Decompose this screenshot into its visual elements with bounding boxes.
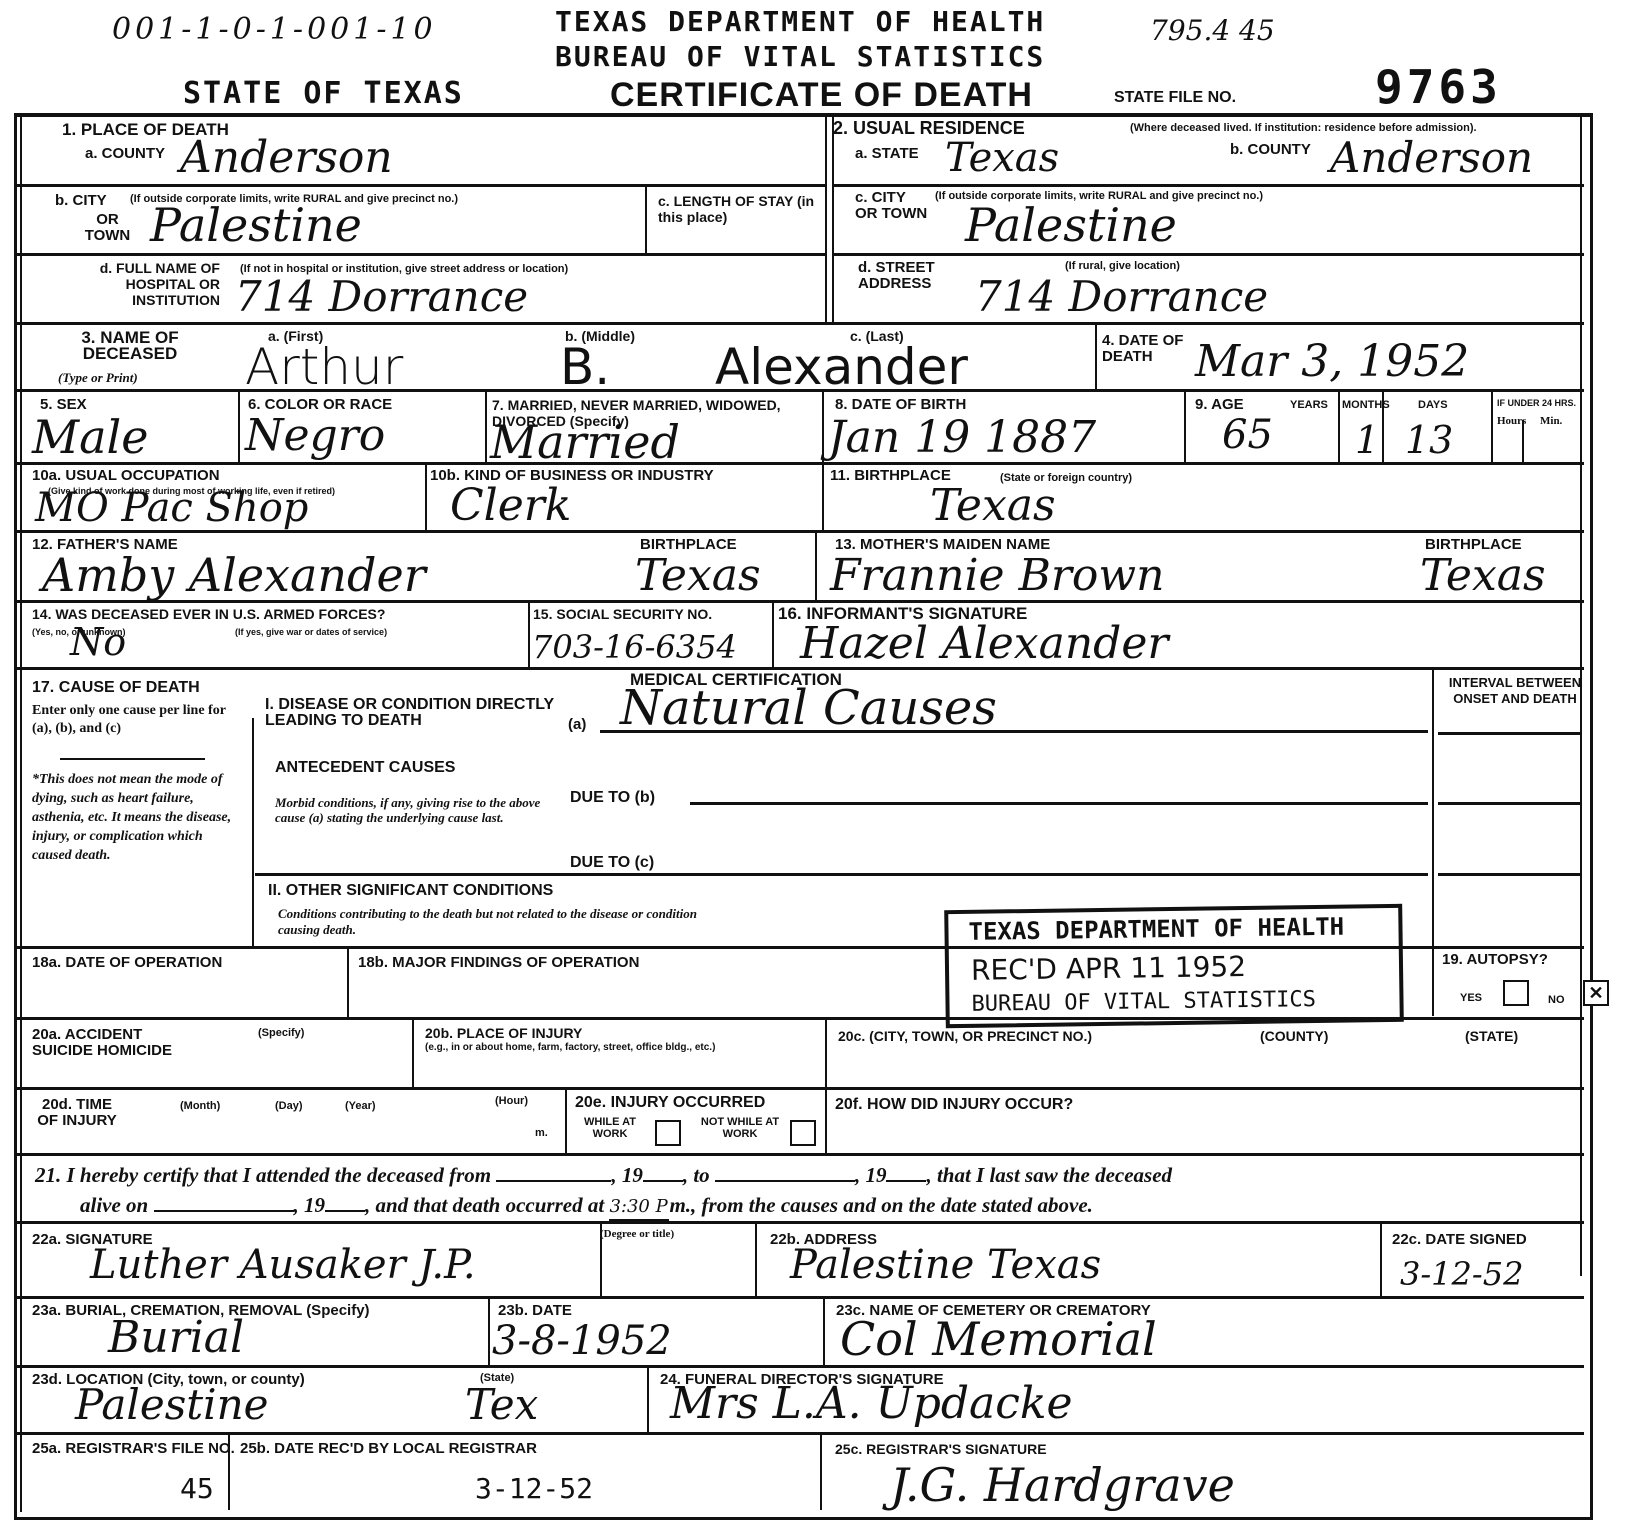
injury-month-label: (Month) bbox=[180, 1100, 220, 1112]
armed-forces-value[interactable]: No bbox=[70, 620, 126, 664]
date-signed-label: 22c. DATE SIGNED bbox=[1392, 1232, 1527, 1248]
other-conditions-note: Conditions contributing to the death but… bbox=[278, 906, 698, 938]
deceased-name-label: 3. NAME OF DECEASED bbox=[60, 330, 200, 362]
accident-label: 20a. ACCIDENT SUICIDE HOMICIDE bbox=[32, 1027, 182, 1059]
not-while-at-work-label: NOT WHILE AT WORK bbox=[695, 1116, 785, 1140]
residence-street-label: d. STREET ADDRESS bbox=[858, 260, 968, 292]
date-signed-value[interactable]: 3-12-52 bbox=[1400, 1255, 1523, 1293]
registrar-file-value[interactable]: 45 bbox=[180, 1472, 214, 1505]
burial-date-value[interactable]: 3-8-1952 bbox=[492, 1318, 672, 1364]
file-code: 001-1-0-1-001-10 bbox=[112, 12, 437, 47]
injury-m-label: m. bbox=[535, 1127, 548, 1139]
burial-date-label: 23b. DATE bbox=[498, 1303, 572, 1319]
burial-state-value[interactable]: Tex bbox=[465, 1380, 538, 1429]
cert-text-2a: alive on bbox=[80, 1193, 148, 1217]
funeral-director-value[interactable]: Mrs L.A. Updacke bbox=[670, 1378, 1073, 1429]
certifier-signature-value[interactable]: Luther Ausaker J.P. bbox=[90, 1242, 476, 1288]
age-days-value[interactable]: 13 bbox=[1405, 418, 1453, 462]
burial-location-value[interactable]: Palestine bbox=[75, 1380, 268, 1429]
last-name-value[interactable]: Alexander bbox=[715, 338, 968, 396]
days-label: DAYS bbox=[1418, 399, 1448, 411]
stamp-line-3: BUREAU OF VITAL STATISTICS bbox=[971, 987, 1316, 1017]
registrar-signature-label: 25c. REGISTRAR'S SIGNATURE bbox=[835, 1441, 1047, 1457]
registrar-date-value[interactable]: 3-12-52 bbox=[475, 1472, 593, 1505]
ssn-value[interactable]: 703-16-6354 bbox=[532, 628, 737, 666]
time-of-injury-label: 20d. TIME OF INJURY bbox=[32, 1097, 122, 1129]
middle-name-value[interactable]: B. bbox=[560, 338, 610, 396]
injury-state-label: (STATE) bbox=[1465, 1028, 1518, 1044]
registrar-signature-value[interactable]: J.G. Hardgrave bbox=[890, 1458, 1235, 1512]
death-county-label: a. COUNTY bbox=[85, 146, 165, 162]
registrar-date-label: 25b. DATE REC'D BY LOCAL REGISTRAR bbox=[240, 1441, 537, 1457]
department-title: TEXAS DEPARTMENT OF HEALTH bbox=[555, 5, 1045, 38]
stamp-line-1: TEXAS DEPARTMENT OF HEALTH bbox=[968, 913, 1344, 946]
injury-day-label: (Day) bbox=[275, 1100, 303, 1112]
length-of-stay-label: c. LENGTH OF STAY (in this place) bbox=[658, 193, 818, 225]
registrar-file-label: 25a. REGISTRAR'S FILE NO. bbox=[32, 1441, 235, 1457]
residence-city-value[interactable]: Palestine bbox=[965, 198, 1177, 252]
autopsy-label: 19. AUTOPSY? bbox=[1442, 952, 1548, 968]
disease-label: I. DISEASE OR CONDITION DIRECTLY LEADING… bbox=[265, 697, 565, 729]
date-of-birth-label: 8. DATE OF BIRTH bbox=[835, 397, 966, 413]
mother-name-value[interactable]: Frannie Brown bbox=[830, 550, 1164, 601]
received-stamp: TEXAS DEPARTMENT OF HEALTH REC'D APR 11 … bbox=[944, 904, 1404, 1028]
years-label: YEARS bbox=[1290, 399, 1328, 411]
disposal-value[interactable]: Burial bbox=[108, 1312, 244, 1363]
age-months-value[interactable]: 1 bbox=[1355, 418, 1379, 462]
date-of-death-value[interactable]: Mar 3, 1952 bbox=[1195, 336, 1469, 387]
due-to-c-label: DUE TO (c) bbox=[570, 855, 654, 871]
injury-hour-label: (Hour) bbox=[495, 1095, 528, 1107]
stamp-line-2: REC'D APR 11 1952 bbox=[971, 950, 1246, 987]
residence-county-value[interactable]: Anderson bbox=[1330, 133, 1533, 182]
degree-label: (Degree or title) bbox=[600, 1228, 674, 1240]
age-years-value[interactable]: 65 bbox=[1222, 412, 1273, 458]
ssn-label: 15. SOCIAL SECURITY NO. bbox=[533, 606, 712, 622]
state-file-label: STATE FILE NO. bbox=[1114, 90, 1236, 106]
date-of-birth-value[interactable]: Jan 19 1887 bbox=[828, 412, 1096, 463]
armed-forces-note-2: (If yes, give war or dates of service) bbox=[235, 626, 387, 638]
race-value[interactable]: Negro bbox=[245, 410, 385, 461]
injury-county-label: (COUNTY) bbox=[1260, 1028, 1328, 1044]
months-label: MONTHS bbox=[1342, 399, 1390, 411]
industry-value[interactable]: Clerk bbox=[450, 480, 571, 531]
residence-street-value[interactable]: 714 Dorrance bbox=[975, 272, 1268, 321]
sex-value[interactable]: Male bbox=[32, 410, 148, 464]
marital-value[interactable]: Married bbox=[490, 415, 680, 469]
certifier-address-value[interactable]: Palestine Texas bbox=[790, 1242, 1101, 1288]
birthplace-value[interactable]: Texas bbox=[930, 480, 1056, 531]
residence-city-label: c. CITY OR TOWN bbox=[855, 190, 930, 222]
residence-county-label: b. COUNTY bbox=[1230, 142, 1311, 158]
under-24-label: IF UNDER 24 HRS. bbox=[1497, 397, 1576, 409]
cert-text-2b: , 19 bbox=[294, 1193, 326, 1217]
cemetery-value[interactable]: Col Memorial bbox=[840, 1312, 1157, 1366]
death-city-value[interactable]: Palestine bbox=[150, 198, 362, 252]
place-of-injury-note: (e.g., in or about home, farm, factory, … bbox=[425, 1042, 785, 1054]
operation-date-label: 18a. DATE OF OPERATION bbox=[32, 955, 222, 971]
bureau-title: BUREAU OF VITAL STATISTICS bbox=[555, 40, 1045, 73]
hours-label: Hours bbox=[1497, 415, 1526, 427]
injury-occurred-label: 20e. INJURY OCCURRED bbox=[575, 1095, 765, 1111]
usual-residence-label: 2. USUAL RESIDENCE bbox=[833, 120, 1025, 136]
cause-note: *This does not mean the mode of dying, s… bbox=[32, 770, 242, 865]
cert-text-1c: , to bbox=[683, 1163, 710, 1187]
injury-city-label: 20c. (CITY, TOWN, OR PRECINCT NO.) bbox=[838, 1028, 1092, 1044]
deceased-name-sub: (Type or Print) bbox=[58, 370, 138, 386]
autopsy-yes-checkbox[interactable] bbox=[1503, 980, 1529, 1006]
death-county-value[interactable]: Anderson bbox=[180, 132, 393, 183]
cert-text-1e: , that I last saw the deceased bbox=[926, 1163, 1172, 1187]
occupation-label: 10a. USUAL OCCUPATION bbox=[32, 468, 220, 484]
min-label: Min. bbox=[1540, 415, 1562, 427]
not-while-at-work-checkbox[interactable] bbox=[790, 1120, 816, 1146]
line-a-label: (a) bbox=[568, 717, 586, 733]
cert-line-1: 21. I hereby certify that I attended the… bbox=[35, 1163, 1172, 1187]
due-to-b-label: DUE TO (b) bbox=[570, 790, 655, 806]
cause-instructions: Enter only one cause per line for (a), (… bbox=[32, 702, 237, 738]
antecedent-note: Morbid conditions, if any, giving rise t… bbox=[275, 795, 565, 825]
occupation-value[interactable]: MO Pac Shop bbox=[35, 485, 308, 531]
injury-year-label: (Year) bbox=[345, 1100, 376, 1112]
hospital-value[interactable]: 714 Dorrance bbox=[235, 272, 528, 321]
cert-line-2: alive on , 19, and that death occurred a… bbox=[80, 1193, 1093, 1221]
operation-findings-label: 18b. MAJOR FINDINGS OF OPERATION bbox=[358, 955, 639, 971]
death-time-value[interactable]: 3:30 P bbox=[609, 1195, 669, 1221]
residence-state-value[interactable]: Texas bbox=[945, 135, 1059, 181]
autopsy-no-checkbox[interactable]: ✕ bbox=[1583, 980, 1609, 1006]
informant-value[interactable]: Hazel Alexander bbox=[800, 618, 1168, 669]
death-city-label: b. CITY bbox=[55, 193, 107, 209]
cert-text-1b: , 19 bbox=[611, 1163, 643, 1187]
antecedent-label: ANTECEDENT CAUSES bbox=[275, 760, 455, 776]
residence-street-note: (If rural, give location) bbox=[1065, 260, 1180, 272]
place-of-injury-label: 20b. PLACE OF INJURY bbox=[425, 1025, 582, 1041]
death-city-or-town: OR TOWN bbox=[80, 212, 135, 244]
certificate-title: CERTIFICATE OF DEATH bbox=[610, 76, 1033, 115]
while-at-work-label: WHILE AT WORK bbox=[575, 1116, 645, 1140]
cert-text-2d: m., from the causes and on the date stat… bbox=[669, 1193, 1093, 1217]
residence-state-label: a. STATE bbox=[855, 146, 919, 162]
accident-specify: (Specify) bbox=[258, 1027, 304, 1039]
cause-of-death-label: 17. CAUSE OF DEATH bbox=[32, 680, 200, 696]
autopsy-yes-label: YES bbox=[1460, 992, 1482, 1004]
mother-birthplace-value[interactable]: Texas bbox=[1420, 550, 1546, 601]
date-of-death-label: 4. DATE OF DEATH bbox=[1102, 333, 1197, 365]
age-label: 9. AGE bbox=[1195, 397, 1244, 413]
how-injury-label: 20f. HOW DID INJURY OCCUR? bbox=[835, 1097, 1073, 1113]
margin-note: 795.4 45 bbox=[1150, 14, 1275, 47]
while-at-work-checkbox[interactable] bbox=[655, 1120, 681, 1146]
cert-text-2c: , and that death occurred at bbox=[365, 1193, 604, 1217]
state-file-number: 9763 bbox=[1375, 60, 1502, 114]
first-name-value[interactable]: Arthur bbox=[245, 338, 403, 396]
other-conditions-label: II. OTHER SIGNIFICANT CONDITIONS bbox=[268, 883, 553, 899]
autopsy-no-label: NO bbox=[1548, 994, 1565, 1006]
state-heading: STATE OF TEXAS bbox=[183, 76, 464, 111]
interval-label: INTERVAL BETWEEN ONSET AND DEATH bbox=[1445, 675, 1585, 707]
hospital-label: d. FULL NAME OF HOSPITAL OR INSTITUTION bbox=[60, 260, 220, 308]
cert-text-1d: , 19 bbox=[855, 1163, 887, 1187]
father-name-value[interactable]: Amby Alexander bbox=[42, 548, 426, 602]
cause-a-value[interactable]: Natural Causes bbox=[620, 680, 997, 736]
cert-text-1a: 21. I hereby certify that I attended the… bbox=[35, 1163, 491, 1187]
father-birthplace-value[interactable]: Texas bbox=[635, 550, 761, 601]
